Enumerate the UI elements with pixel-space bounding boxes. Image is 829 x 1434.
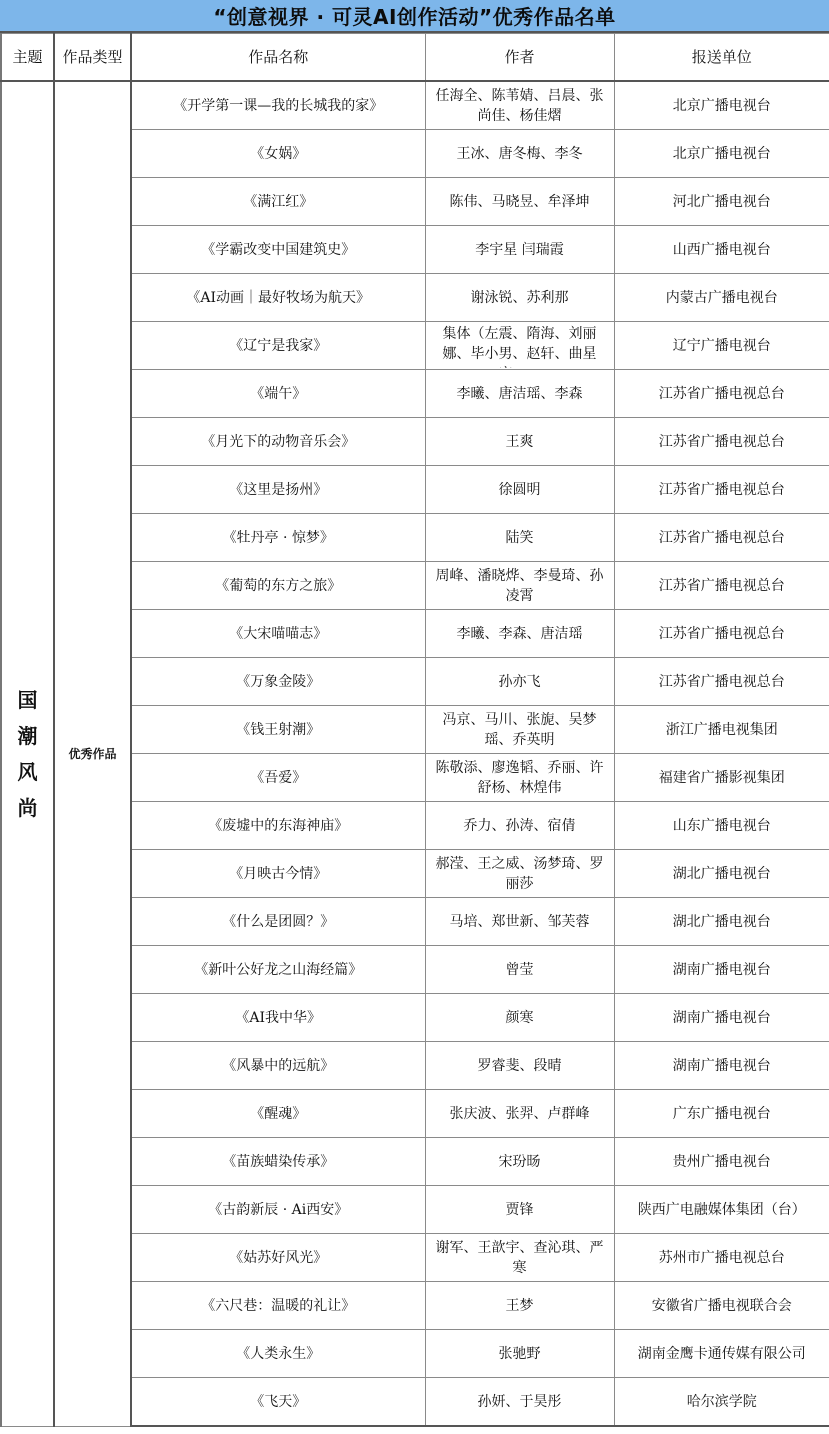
author-text: 张庆波、张羿、卢群峰 (432, 1104, 608, 1124)
unit-cell: 湖南广播电视台 (614, 1042, 829, 1090)
author-text: 李曦、李森、唐洁瑶 (432, 624, 608, 644)
header-theme: 主题 (1, 34, 54, 82)
unit-cell: 湖北广播电视台 (614, 850, 829, 898)
work-name-cell: 《月光下的动物音乐会》 (131, 418, 425, 466)
unit-cell: 江苏省广播电视总台 (614, 514, 829, 562)
unit-cell: 江苏省广播电视总台 (614, 466, 829, 514)
author-text: 罗睿斐、段晴 (432, 1056, 608, 1076)
unit-cell: 安徽省广播电视联合会 (614, 1282, 829, 1330)
author-text: 王梦 (432, 1296, 608, 1316)
theme-label: 国潮风尚 (17, 682, 39, 826)
author-cell: 贾锋 (425, 1186, 614, 1234)
unit-cell: 河北广播电视台 (614, 178, 829, 226)
unit-cell: 江苏省广播电视总台 (614, 562, 829, 610)
work-name-cell: 《牡丹亭 · 惊梦》 (131, 514, 425, 562)
author-cell: 集体（左震、隋海、刘丽娜、毕小男、赵轩、曲星宇、… (425, 322, 614, 370)
work-name-cell: 《端午》 (131, 370, 425, 418)
unit-cell: 江苏省广播电视总台 (614, 418, 829, 466)
author-cell: 马培、郑世新、邹芙蓉 (425, 898, 614, 946)
author-cell: 王爽 (425, 418, 614, 466)
unit-cell: 江苏省广播电视总台 (614, 658, 829, 706)
author-cell: 谢泳锐、苏利那 (425, 274, 614, 322)
work-name-cell: 《六尺巷：温暖的礼让》 (131, 1282, 425, 1330)
author-text: 谢军、王歆宇、查沁琪、严寒 (432, 1238, 608, 1278)
author-cell: 曾莹 (425, 946, 614, 994)
author-text: 徐圆明 (432, 480, 608, 500)
work-name-cell: 《吾爱》 (131, 754, 425, 802)
unit-cell: 山西广播电视台 (614, 226, 829, 274)
author-cell: 李宇星 闫瑞霞 (425, 226, 614, 274)
unit-cell: 湖南广播电视台 (614, 946, 829, 994)
unit-cell: 内蒙古广播电视台 (614, 274, 829, 322)
work-name-cell: 《满江红》 (131, 178, 425, 226)
unit-cell: 浙江广播电视集团 (614, 706, 829, 754)
unit-cell: 湖北广播电视台 (614, 898, 829, 946)
author-text: 陈敬添、廖逸韬、乔丽、许舒杨、林煌伟 (432, 758, 608, 798)
author-cell: 王冰、唐冬梅、李冬 (425, 130, 614, 178)
unit-cell: 贵州广播电视台 (614, 1138, 829, 1186)
author-text: 孙妍、于昊彤 (432, 1392, 608, 1412)
author-text: 周峰、潘晓烨、李曼琦、孙凌霄 (432, 566, 608, 606)
author-cell: 陈伟、马晓昱、牟泽坤 (425, 178, 614, 226)
work-name-cell: 《这里是扬州》 (131, 466, 425, 514)
author-cell: 李曦、李森、唐洁瑶 (425, 610, 614, 658)
header-type: 作品类型 (54, 34, 131, 82)
unit-cell: 湖南广播电视台 (614, 994, 829, 1042)
work-name-cell: 《什么是团圆？》 (131, 898, 425, 946)
header-name: 作品名称 (131, 34, 425, 82)
unit-cell: 湖南金鹰卡通传媒有限公司 (614, 1330, 829, 1378)
author-cell: 冯京、马川、张旎、吴梦瑶、乔英明 (425, 706, 614, 754)
author-text: 集体（左震、隋海、刘丽娜、毕小男、赵轩、曲星宇、… (432, 324, 608, 368)
unit-cell: 北京广播电视台 (614, 81, 829, 130)
author-cell: 宋玢旸 (425, 1138, 614, 1186)
author-cell: 孙亦飞 (425, 658, 614, 706)
unit-cell: 北京广播电视台 (614, 130, 829, 178)
author-text: 陈伟、马晓昱、牟泽坤 (432, 192, 608, 212)
work-name-cell: 《钱王射潮》 (131, 706, 425, 754)
unit-cell: 江苏省广播电视总台 (614, 610, 829, 658)
work-name-cell: 《人类永生》 (131, 1330, 425, 1378)
unit-cell: 哈尔滨学院 (614, 1378, 829, 1427)
author-cell: 徐圆明 (425, 466, 614, 514)
author-text: 曾莹 (432, 960, 608, 980)
work-name-cell: 《废墟中的东海神庙》 (131, 802, 425, 850)
work-name-cell: 《开学第一课—我的长城我的家》 (131, 81, 425, 130)
author-cell: 颜寒 (425, 994, 614, 1042)
work-name-cell: 《AI我中华》 (131, 994, 425, 1042)
work-name-cell: 《AI动画｜最好牧场为航天》 (131, 274, 425, 322)
work-name-cell: 《月映古今情》 (131, 850, 425, 898)
author-text: 郝滢、王之威、汤梦琦、罗丽莎 (432, 854, 608, 894)
unit-cell: 苏州市广播电视总台 (614, 1234, 829, 1282)
author-text: 李宇星 闫瑞霞 (432, 240, 608, 260)
author-text: 乔力、孙涛、宿倩 (432, 816, 608, 836)
author-cell: 李曦、唐洁瑶、李森 (425, 370, 614, 418)
author-cell: 乔力、孙涛、宿倩 (425, 802, 614, 850)
author-cell: 陆笑 (425, 514, 614, 562)
author-cell: 张庆波、张羿、卢群峰 (425, 1090, 614, 1138)
author-text: 颜寒 (432, 1008, 608, 1028)
unit-cell: 江苏省广播电视总台 (614, 370, 829, 418)
work-name-cell: 《辽宁是我家》 (131, 322, 425, 370)
author-text: 冯京、马川、张旎、吴梦瑶、乔英明 (432, 710, 608, 750)
theme-cell: 国潮风尚 (1, 81, 54, 1426)
author-text: 陆笑 (432, 528, 608, 548)
unit-cell: 辽宁广播电视台 (614, 322, 829, 370)
work-name-cell: 《新叶公好龙之山海经篇》 (131, 946, 425, 994)
page-title: “创意视界 · 可灵AI创作活动”优秀作品名单 (0, 0, 829, 33)
unit-cell: 山东广播电视台 (614, 802, 829, 850)
header-author: 作者 (425, 34, 614, 82)
work-name-cell: 《苗族蜡染传承》 (131, 1138, 425, 1186)
author-cell: 王梦 (425, 1282, 614, 1330)
author-text: 贾锋 (432, 1200, 608, 1220)
author-text: 王冰、唐冬梅、李冬 (432, 144, 608, 164)
table-row: 国潮风尚优秀作品《开学第一课—我的长城我的家》任海全、陈苇婧、吕晨、张尚佳、杨佳… (1, 81, 829, 130)
unit-cell: 福建省广播影视集团 (614, 754, 829, 802)
author-cell: 任海全、陈苇婧、吕晨、张尚佳、杨佳熠 (425, 81, 614, 130)
work-name-cell: 《风暴中的远航》 (131, 1042, 425, 1090)
author-text: 李曦、唐洁瑶、李森 (432, 384, 608, 404)
author-cell: 罗睿斐、段晴 (425, 1042, 614, 1090)
work-name-cell: 《万象金陵》 (131, 658, 425, 706)
author-cell: 郝滢、王之威、汤梦琦、罗丽莎 (425, 850, 614, 898)
work-name-cell: 《大宋喵喵志》 (131, 610, 425, 658)
author-text: 孙亦飞 (432, 672, 608, 692)
work-name-cell: 《醒魂》 (131, 1090, 425, 1138)
work-name-cell: 《学霸改变中国建筑史》 (131, 226, 425, 274)
author-cell: 孙妍、于昊彤 (425, 1378, 614, 1427)
author-text: 谢泳锐、苏利那 (432, 288, 608, 308)
unit-cell: 广东广播电视台 (614, 1090, 829, 1138)
author-text: 马培、郑世新、邹芙蓉 (432, 912, 608, 932)
work-name-cell: 《葡萄的东方之旅》 (131, 562, 425, 610)
unit-cell: 陕西广电融媒体集团（台） (614, 1186, 829, 1234)
author-text: 王爽 (432, 432, 608, 452)
type-cell: 优秀作品 (54, 81, 131, 1426)
author-cell: 陈敬添、廖逸韬、乔丽、许舒杨、林煌伟 (425, 754, 614, 802)
author-cell: 张驰野 (425, 1330, 614, 1378)
header-row: 主题 作品类型 作品名称 作者 报送单位 (1, 34, 829, 82)
author-text: 任海全、陈苇婧、吕晨、张尚佳、杨佳熠 (432, 86, 608, 126)
work-name-cell: 《古韵新辰 · Ai西安》 (131, 1186, 425, 1234)
work-name-cell: 《飞天》 (131, 1378, 425, 1427)
author-text: 宋玢旸 (432, 1152, 608, 1172)
work-name-cell: 《女娲》 (131, 130, 425, 178)
author-cell: 谢军、王歆宇、查沁琪、严寒 (425, 1234, 614, 1282)
header-unit: 报送单位 (614, 34, 829, 82)
author-text: 张驰野 (432, 1344, 608, 1364)
author-cell: 周峰、潘晓烨、李曼琦、孙凌霄 (425, 562, 614, 610)
work-name-cell: 《姑苏好风光》 (131, 1234, 425, 1282)
award-list-table: 主题 作品类型 作品名称 作者 报送单位 国潮风尚优秀作品《开学第一课—我的长城… (0, 33, 829, 1427)
